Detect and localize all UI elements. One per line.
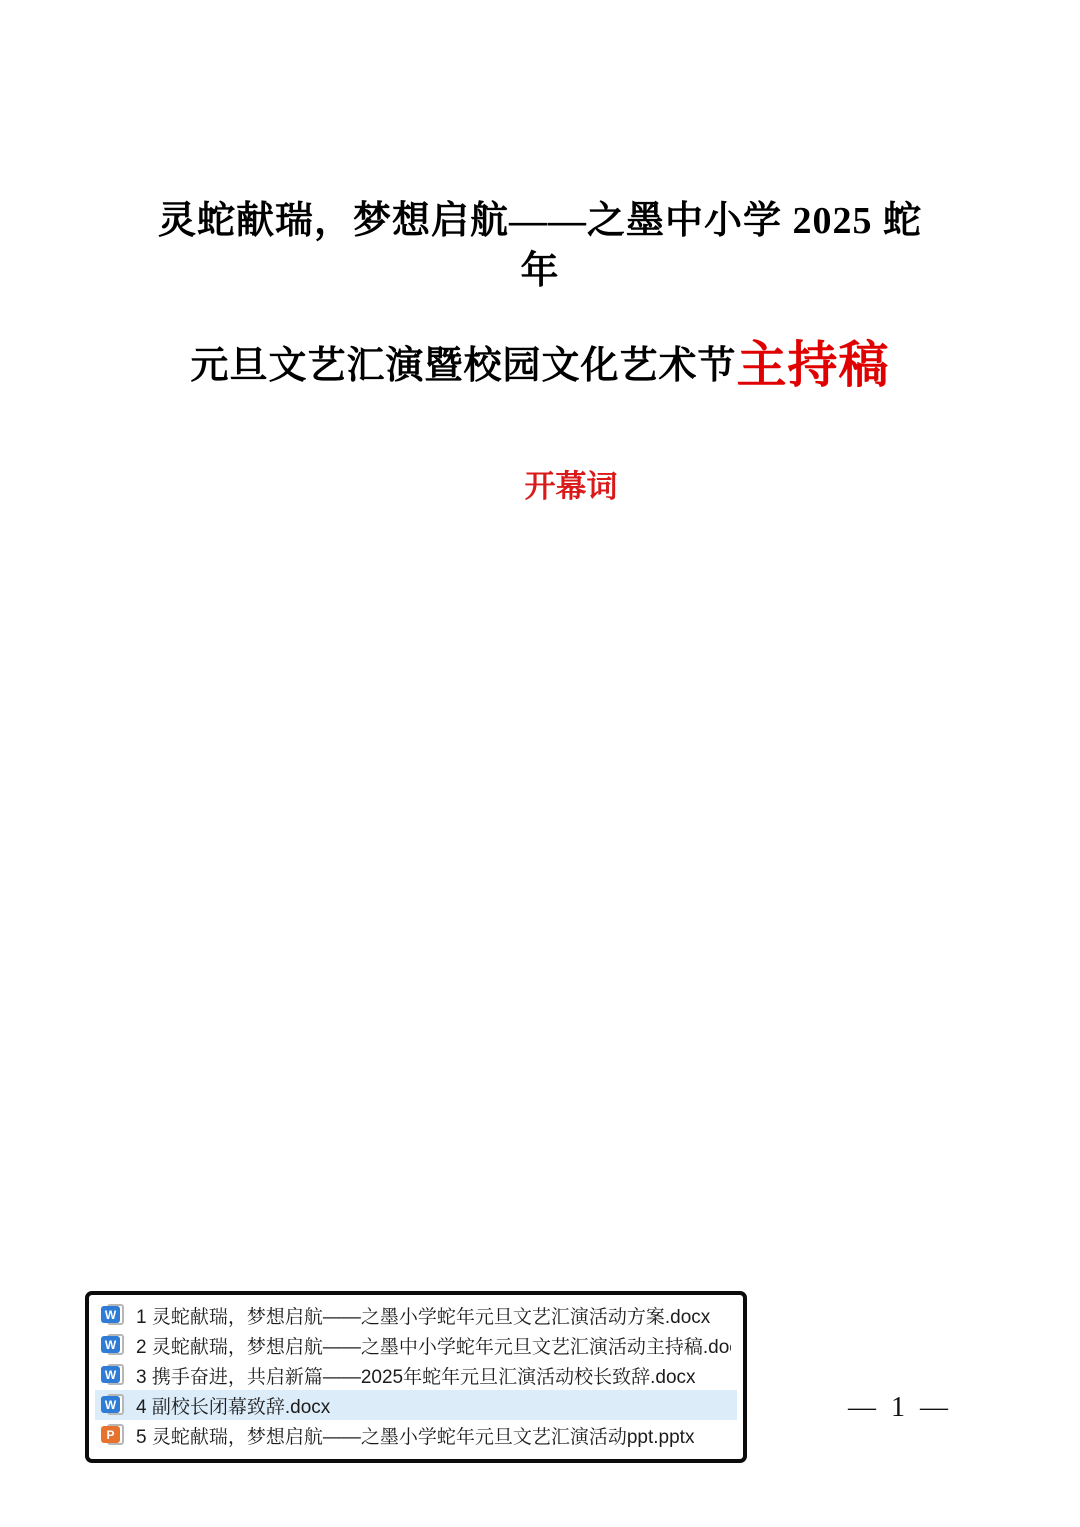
word-file-icon: W (101, 1363, 127, 1387)
document-title: 灵蛇献瑞，梦想启航——之墨中小学 2025 蛇年 元旦文艺汇演暨校园文化艺术节主… (140, 196, 940, 391)
document-page: 灵蛇献瑞，梦想启航——之墨中小学 2025 蛇年 元旦文艺汇演暨校园文化艺术节主… (0, 0, 1080, 1527)
file-list-item[interactable]: W 3 携手奋进，共启新篇——2025年蛇年元旦汇演活动校长致辞.docx (95, 1360, 737, 1390)
file-badge-letter: P (101, 1426, 120, 1443)
section-heading: 开幕词 (140, 461, 940, 506)
word-file-icon: W (101, 1333, 127, 1357)
file-list-item[interactable]: W 2 灵蛇献瑞，梦想启航——之墨中小学蛇年元旦文艺汇演活动主持稿.docx (95, 1330, 737, 1360)
file-badge-letter: W (101, 1336, 120, 1353)
title-line-2: 元旦文艺汇演暨校园文化艺术节主持稿 (140, 340, 940, 391)
file-list-item[interactable]: P 5 灵蛇献瑞，梦想启航——之墨小学蛇年元旦文艺汇演活动ppt.pptx (95, 1420, 737, 1450)
file-name-label: 4 副校长闭幕致辞.docx (136, 1392, 330, 1419)
file-badge-letter: W (101, 1396, 120, 1413)
recent-files-popup: W 1 灵蛇献瑞，梦想启航——之墨小学蛇年元旦文艺汇演活动方案.docx W 2… (85, 1291, 747, 1463)
file-list-item[interactable]: W 4 副校长闭幕致辞.docx (95, 1390, 737, 1420)
file-name-label: 2 灵蛇献瑞，梦想启航——之墨中小学蛇年元旦文艺汇演活动主持稿.docx (136, 1332, 731, 1359)
page-number: — 1 — (848, 1392, 952, 1424)
file-badge-letter: W (101, 1366, 120, 1383)
document-body: 灵蛇献瑞，梦想启航——之墨中小学 2025 蛇年 元旦文艺汇演暨校园文化艺术节主… (0, 0, 1080, 506)
word-file-icon: W (101, 1393, 127, 1417)
file-badge-letter: W (101, 1306, 120, 1323)
title-line-2-black: 元旦文艺汇演暨校园文化艺术节 (190, 345, 736, 387)
file-name-label: 3 携手奋进，共启新篇——2025年蛇年元旦汇演活动校长致辞.docx (136, 1362, 696, 1389)
powerpoint-file-icon: P (101, 1423, 127, 1447)
file-name-label: 5 灵蛇献瑞，梦想启航——之墨小学蛇年元旦文艺汇演活动ppt.pptx (136, 1422, 694, 1449)
word-file-icon: W (101, 1303, 127, 1327)
file-name-label: 1 灵蛇献瑞，梦想启航——之墨小学蛇年元旦文艺汇演活动方案.docx (136, 1302, 710, 1329)
title-line-1: 灵蛇献瑞，梦想启航——之墨中小学 2025 蛇年 (140, 196, 940, 296)
title-line-2-red: 主持稿 (737, 337, 890, 393)
file-list-item[interactable]: W 1 灵蛇献瑞，梦想启航——之墨小学蛇年元旦文艺汇演活动方案.docx (95, 1300, 737, 1330)
